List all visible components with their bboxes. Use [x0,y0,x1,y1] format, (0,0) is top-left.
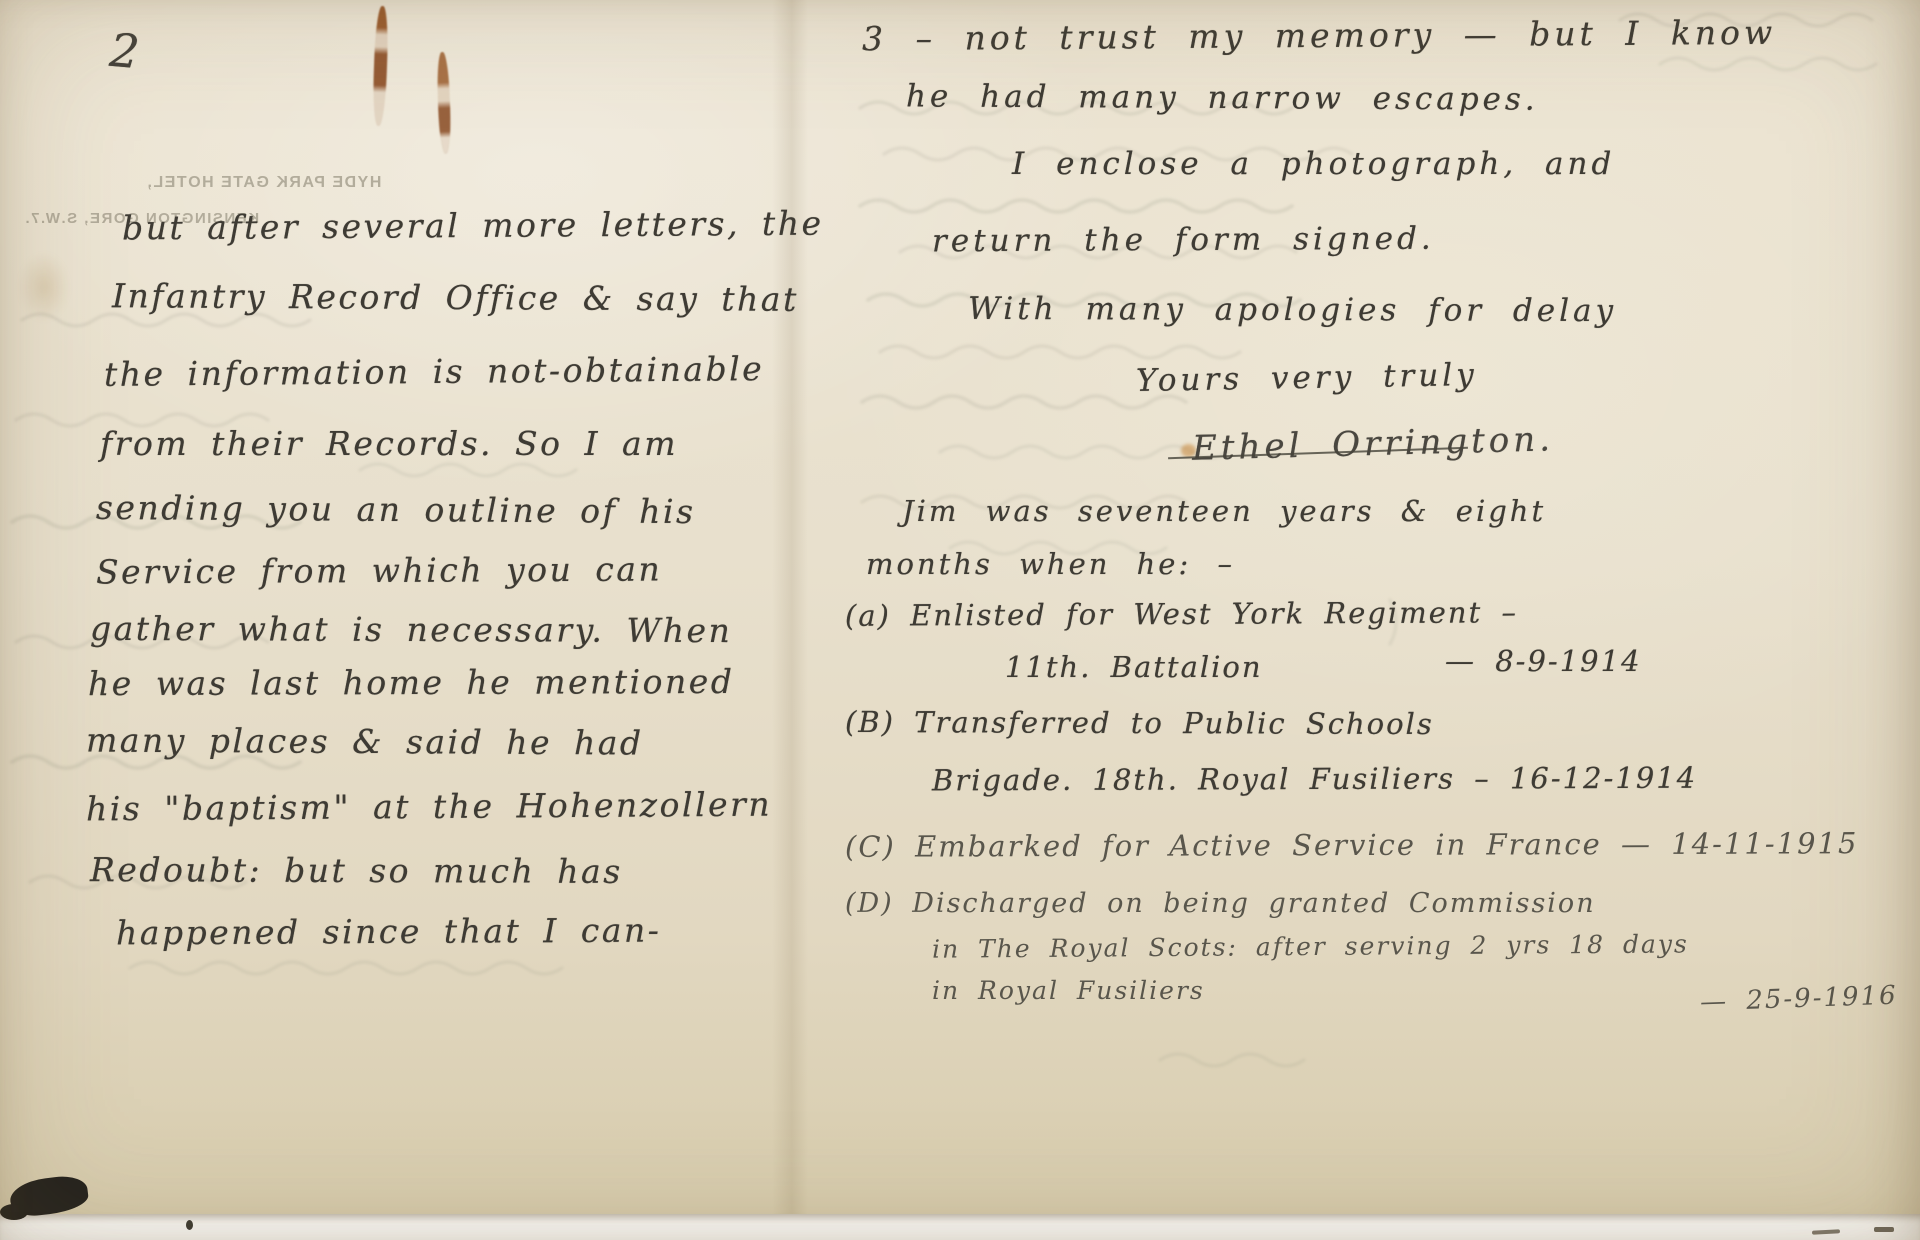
rust-ink-streak [436,52,452,154]
ink-dot [186,1220,193,1230]
letter-line: sending you an outline of his [96,488,696,531]
service-item-a-battalion: 11th. Battalion [1005,650,1263,684]
service-item-d-date: — 25-9-1916 [1700,981,1899,1018]
edge-mark [1874,1227,1894,1232]
service-item-d-detail: in Royal Fusiliers [932,976,1205,1005]
letter-line: Jim was seventeen years & eight [902,494,1546,528]
page-number-left: 2 [108,23,142,79]
letter-scan: 2 HYDE PARK GATE HOTEL, KENSINGTON GORE,… [0,0,1920,1240]
letterhead-hotel-mirrored: HYDE PARK GATE HOTEL, [146,174,381,192]
paper-stain [18,252,70,322]
closing-line: Yours very truly [1136,357,1478,399]
ink-blot [0,1204,28,1220]
service-item-b: (B) Transferred to Public Schools [845,705,1434,741]
service-item-b-date: Brigade. 18th. Royal Fusiliers – 16-12-1… [932,761,1697,798]
letter-line: Service from which you can [96,550,662,592]
letter-line: months when he: – [866,547,1235,581]
signature: Ethel Orrington. [1192,419,1555,468]
letter-line: happened since that I can- [116,911,662,953]
page-fold-crease [772,0,808,1214]
letter-line: gather what is necessary. When [90,609,732,650]
service-item-a: (a) Enlisted for West York Regiment – [845,595,1518,633]
letter-line: 3 – not trust my memory — but I know [862,13,1776,58]
letter-line: but after several more letters, the [122,204,824,248]
letter-line: he was last home he mentioned [88,662,735,703]
letter-line: many places & said he had [86,721,644,763]
letter-line: Redoubt: but so much has [90,850,623,891]
rust-ink-streak [372,6,389,126]
service-item-c: (C) Embarked for Active Service in Franc… [845,826,1859,864]
service-item-d: (D) Discharged on being granted Commissi… [845,888,1596,919]
letter-line: the information is not-obtainable [104,349,765,394]
scanner-edge-strip [0,1214,1920,1240]
letter-line: his "baptism" at the Hohenzollern [86,785,772,829]
letter-line: I enclose a photograph, and [1012,146,1615,182]
letter-line: return the form signed. [932,221,1435,260]
letter-line: he had many narrow escapes. [906,78,1539,117]
letter-line: With many apologies for delay [968,291,1617,329]
letter-line: Infantry Record Office & say that [112,276,799,319]
letter-line: from their Records. So I am [100,424,678,463]
service-item-a-date: — 8-9-1914 [1445,644,1642,678]
service-item-d-detail: in The Royal Scots: after serving 2 yrs … [932,929,1689,963]
